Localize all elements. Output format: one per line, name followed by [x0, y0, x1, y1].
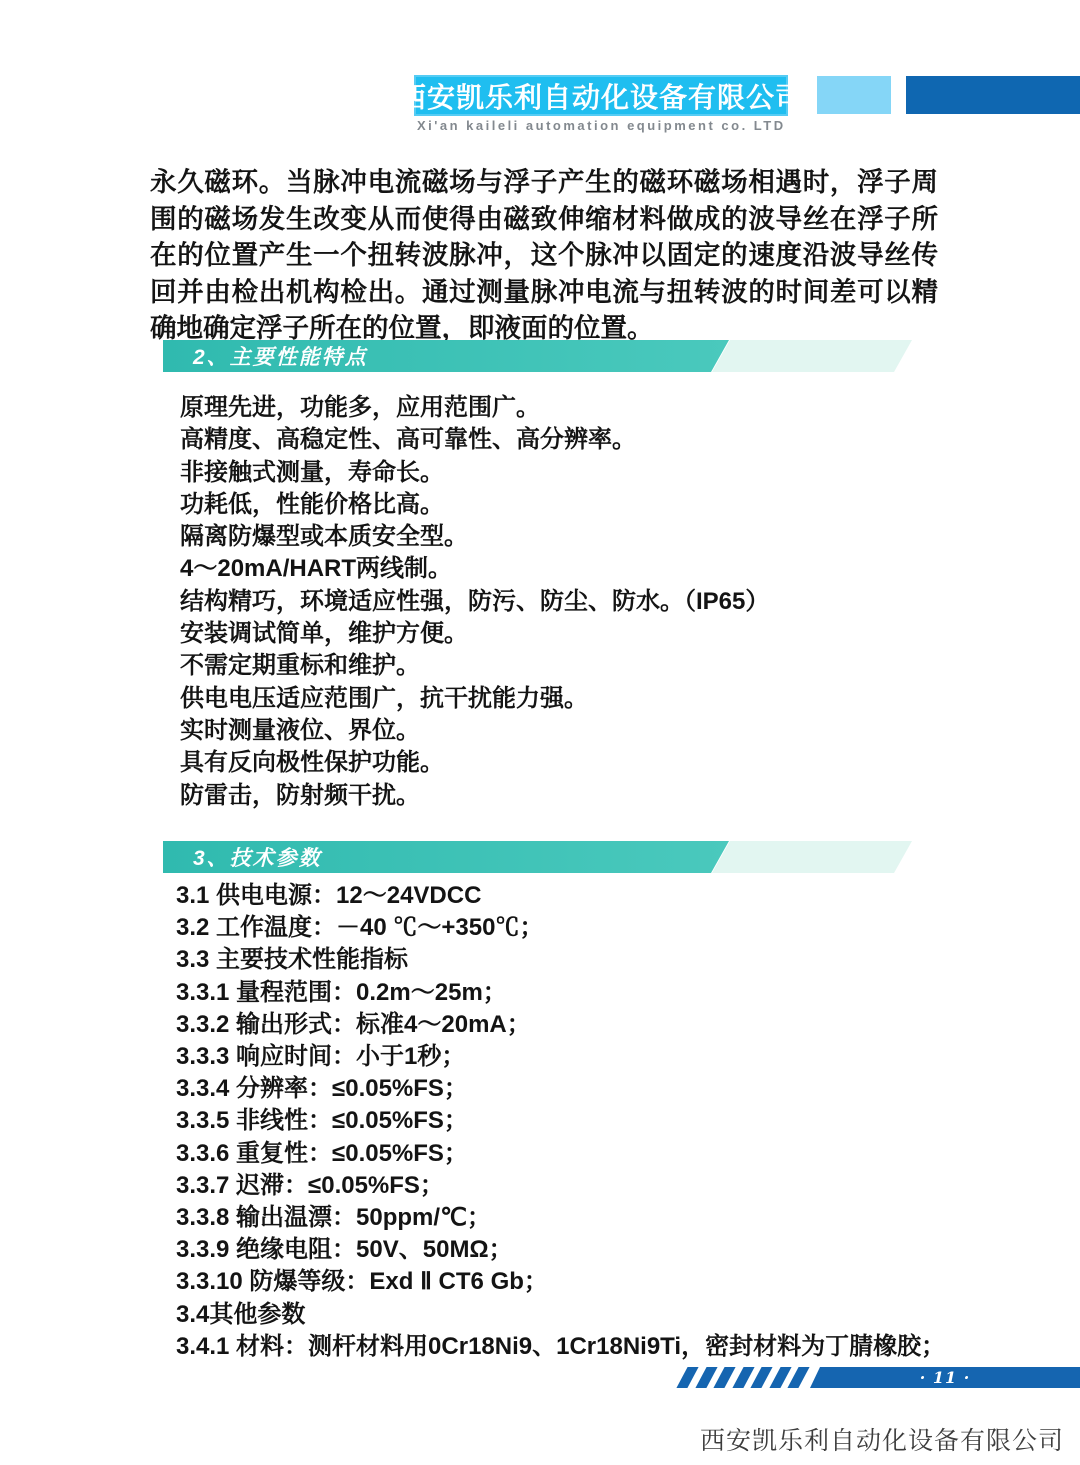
- spec-item: 3.3.2 输出形式：标准4～20mA；: [176, 1009, 945, 1041]
- spec-item: 3.3.9 绝缘电阻：50V、50MΩ；: [176, 1234, 945, 1266]
- intro-paragraph: 永久磁环。当脉冲电流磁场与浮子产生的磁环磁场相遇时，浮子周围的磁场发生改变从而使…: [150, 164, 938, 347]
- spec-item: 3.3.7 迟滞：≤0.05%FS；: [176, 1170, 945, 1202]
- company-name-en: Xi'an kaileli automation equipment co. L…: [417, 118, 837, 133]
- banner-light-shape: [712, 841, 912, 873]
- spec-item: 3.3.8 输出温漂：50ppm/℃；: [176, 1202, 945, 1234]
- spec-list: 3.1 供电电源：12～24VDCC 3.2 工作温度：－40 ℃～+350℃；…: [176, 880, 945, 1363]
- spec-item: 3.4.1 材料：测杆材料用0Cr18Ni9、1Cr18Ni9Ti，密封材料为丁…: [176, 1331, 945, 1363]
- footer-slash-decor: [682, 1367, 812, 1388]
- feature-list: 原理先进，功能多，应用范围广。 高精度、高稳定性、高可靠性、高分辨率。 非接触式…: [180, 392, 769, 812]
- section-banner-specs: 3、技术参数: [163, 841, 923, 873]
- company-logo-banner: 西安凯乐利自动化设备有限公司: [414, 75, 788, 116]
- spec-item: 3.3.5 非线性：≤0.05%FS；: [176, 1105, 945, 1137]
- spec-item: 3.3.4 分辨率：≤0.05%FS；: [176, 1073, 945, 1105]
- slash-icon: [713, 1367, 735, 1388]
- spec-item: 3.1 供电电源：12～24VDCC: [176, 880, 945, 912]
- spec-item: 3.3 主要技术性能指标: [176, 944, 945, 976]
- header-decor-light-rect: [817, 76, 891, 114]
- slash-icon: [676, 1367, 698, 1388]
- banner-light-shape: [712, 340, 912, 372]
- feature-item: 非接触式测量，寿命长。: [180, 457, 769, 489]
- feature-item: 隔离防爆型或本质安全型。: [180, 521, 769, 553]
- spec-item: 3.4其他参数: [176, 1299, 945, 1331]
- footer-page-bar: · 11 ·: [810, 1367, 1080, 1388]
- feature-item: 高精度、高稳定性、高可靠性、高分辨率。: [180, 424, 769, 456]
- spec-item: 3.3.10 防爆等级：Exd Ⅱ CT6 Gb；: [176, 1266, 945, 1298]
- footer-company-name: 西安凯乐利自动化设备有限公司: [700, 1421, 1064, 1457]
- spec-item: 3.3.6 重复性：≤0.05%FS；: [176, 1138, 945, 1170]
- feature-item: 供电电压适应范围广，抗干扰能力强。: [180, 683, 769, 715]
- section-banner-features: 2、主要性能特点: [163, 340, 923, 372]
- slash-icon: [750, 1367, 772, 1388]
- feature-item: 防雷击，防射频干扰。: [180, 780, 769, 812]
- section-title-specs: 3、技术参数: [193, 841, 322, 873]
- feature-item: 原理先进，功能多，应用范围广。: [180, 392, 769, 424]
- feature-item: 不需定期重标和维护。: [180, 650, 769, 682]
- spec-item: 3.3.3 响应时间：小于1秒；: [176, 1041, 945, 1073]
- section-title-features: 2、主要性能特点: [193, 340, 368, 372]
- slash-icon: [787, 1367, 809, 1388]
- feature-item: 结构精巧，环境适应性强，防污、防尘、防水。（IP65）: [180, 586, 769, 618]
- spec-item: 3.2 工作温度：－40 ℃～+350℃；: [176, 912, 945, 944]
- feature-item: 4～20mA/HART两线制。: [180, 553, 769, 585]
- company-name-cn: 西安凯乐利自动化设备有限公司: [398, 76, 804, 116]
- header-decor-dark-rect: [906, 76, 1080, 114]
- page-number: · 11 ·: [920, 1368, 971, 1387]
- feature-item: 安装调试简单，维护方便。: [180, 618, 769, 650]
- feature-item: 功耗低，性能价格比高。: [180, 489, 769, 521]
- feature-item: 实时测量液位、界位。: [180, 715, 769, 747]
- spec-item: 3.3.1 量程范围：0.2m～25m；: [176, 977, 945, 1009]
- feature-item: 具有反向极性保护功能。: [180, 747, 769, 779]
